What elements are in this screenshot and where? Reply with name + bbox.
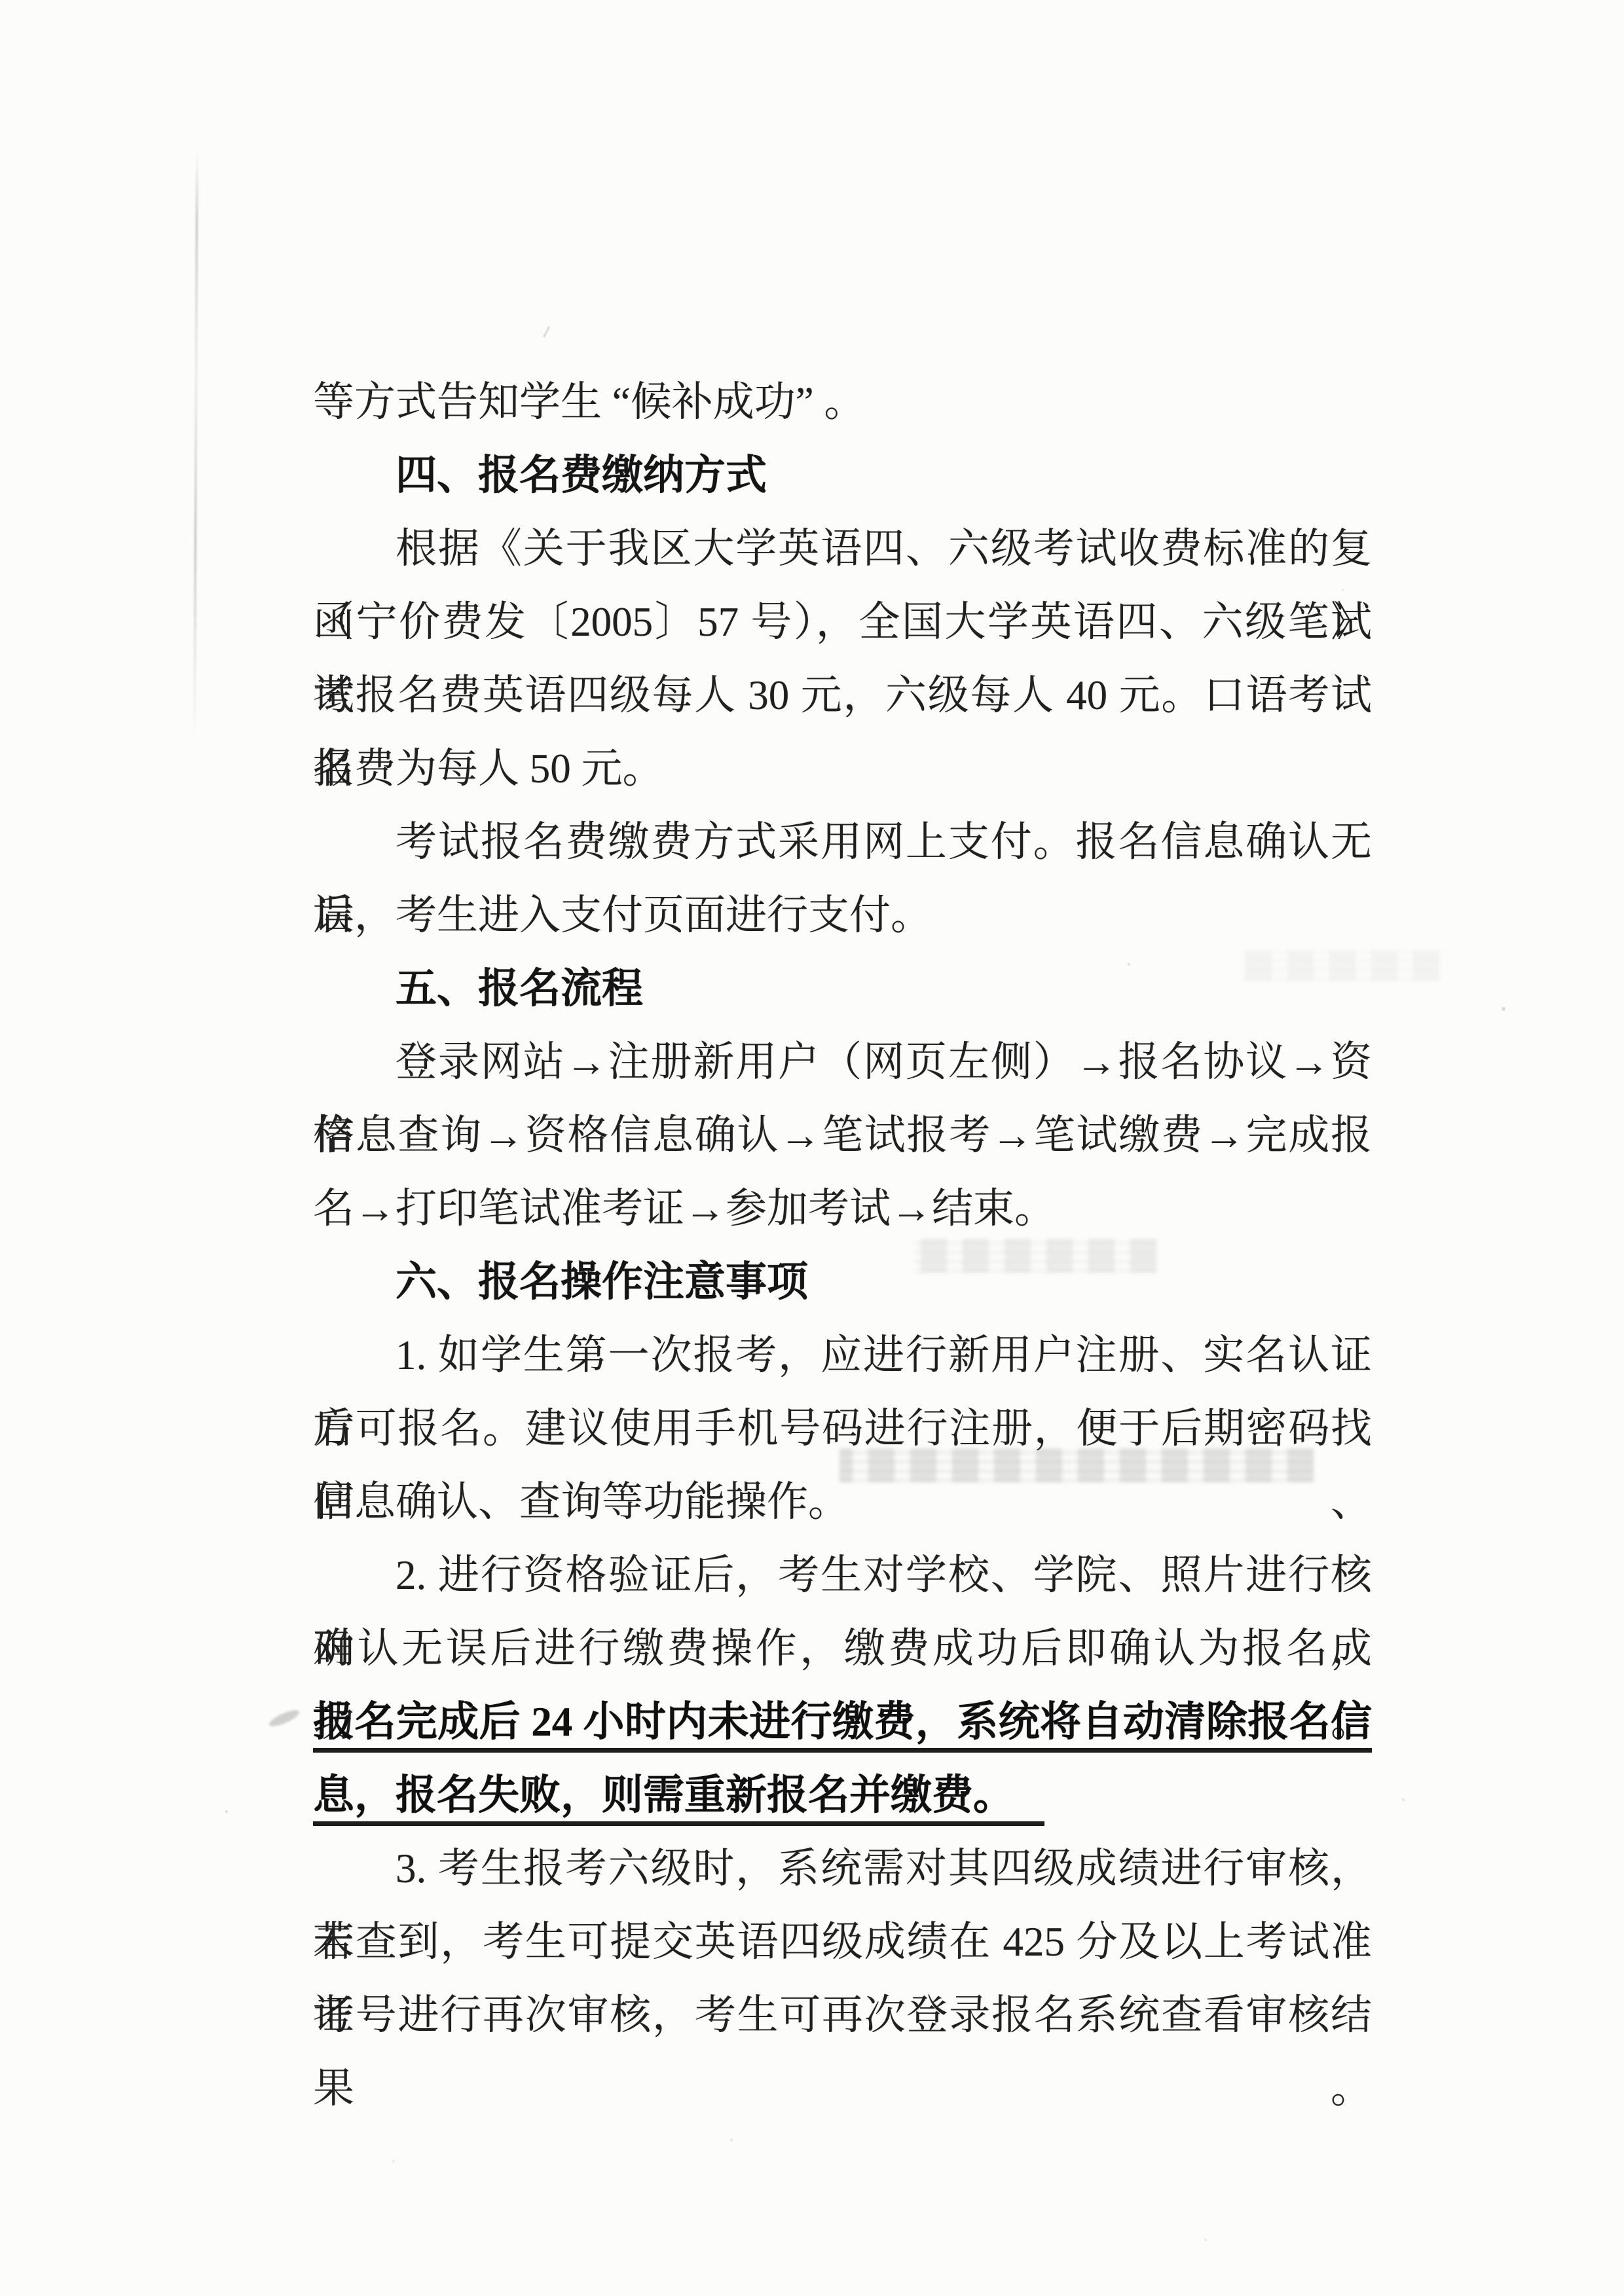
emphasized-underlined-line: 息，报名失败，则需重新报名并缴费。 (313, 1758, 1372, 1832)
paper-speckles (0, 0, 1, 1)
body-line: 2. 进行资格验证后，考生对学校、学院、照片进行核对， (313, 1539, 1372, 1612)
body-line: 未查到，考生可提交英语四级成绩在 425 分及以上考试准考 (313, 1905, 1372, 1978)
body-line: 根据《关于我区大学英语四、六级考试收费标准的复函》 (313, 512, 1372, 585)
body-line: 考试报名费缴费方式采用网上支付。报名信息确认无误 (313, 805, 1372, 879)
section-heading: 六、报名操作注意事项 (313, 1245, 1372, 1319)
scanned-page: 等方式告知学生 “候补成功” 。四、报名费缴纳方式根据《关于我区大学英语四、六级… (0, 0, 1624, 2296)
body-line: 名费为每人 50 元。 (313, 732, 1372, 805)
section-heading: 五、报名流程 (313, 952, 1372, 1025)
body-line: 1. 如学生第一次报考，应进行新用户注册、实名认证后 (313, 1319, 1372, 1392)
body-line: 等方式告知学生 “候补成功” 。 (313, 365, 1372, 439)
underlined-text: 息，报名失败，则需重新报名并缴费。 (313, 1772, 1044, 1826)
body-line: 试报名费英语四级每人 30 元，六级每人 40 元。口语考试报 (313, 659, 1372, 732)
body-line: 确认无误后进行缴费操作，缴费成功后即确认为报名成功。 (313, 1612, 1372, 1685)
tiny-mark-artifact (543, 326, 550, 337)
body-line: 信息查询→资格信息确认→笔试报考→笔试缴费→完成报 (313, 1099, 1372, 1172)
section-heading: 四、报名费缴纳方式 (313, 439, 1372, 512)
body-line: 名→打印笔试准考证→参加考试→结束。 (313, 1172, 1372, 1245)
body-line: 信息确认、查询等功能操作。 (313, 1465, 1372, 1539)
body-line: （宁价费发〔2005〕57 号），全国大学英语四、六级笔试考 (313, 585, 1372, 659)
underlined-text: 报名完成后 24 小时内未进行缴费，系统将自动清除报名信 (313, 1699, 1372, 1753)
body-line: 后，考生进入支付页面进行支付。 (313, 879, 1372, 952)
emphasized-underlined-line: 报名完成后 24 小时内未进行缴费，系统将自动清除报名信 (313, 1685, 1372, 1758)
body-line: 方可报名。建议使用手机号码进行注册，便于后期密码找回、 (313, 1392, 1372, 1465)
body-line: 登录网站→注册新用户（网页左侧）→报名协议→资格 (313, 1025, 1372, 1099)
body-line: 3. 考生报考六级时，系统需对其四级成绩进行审核，若 (313, 1832, 1372, 1905)
body-line: 证号进行再次审核，考生可再次登录报名系统查看审核结果。 (313, 1978, 1372, 2052)
scan-edge-artifact (193, 152, 198, 744)
ink-smudge (267, 1707, 301, 1729)
document-body: 等方式告知学生 “候补成功” 。四、报名费缴纳方式根据《关于我区大学英语四、六级… (313, 365, 1372, 2052)
